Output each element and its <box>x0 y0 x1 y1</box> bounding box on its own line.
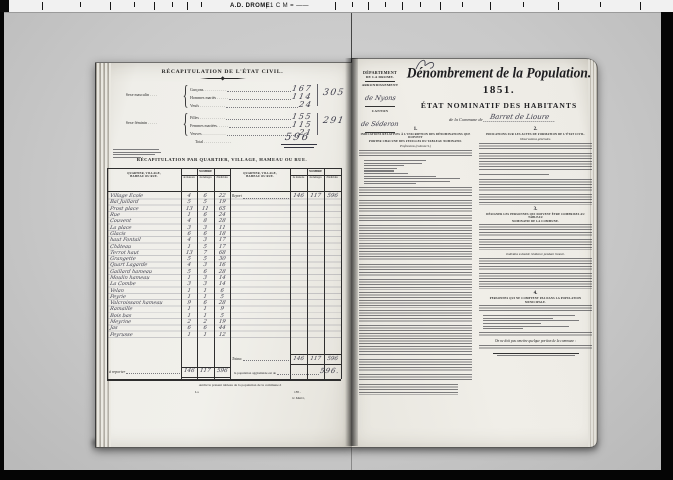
totaux-label: Totaux <box>232 357 242 361</box>
row-menages: 5 <box>197 244 214 250</box>
cert-year-blank: 185 . <box>294 390 301 394</box>
totaux-rule <box>290 364 341 365</box>
arrondissement-label: ARRONDISSEMENT <box>356 83 404 87</box>
table-row: Quart Lagarde4316 <box>107 262 230 268</box>
cert-la: La <box>195 390 199 394</box>
row-individus: 6 <box>213 288 230 294</box>
margin-rule <box>365 106 395 107</box>
ruler-tick <box>187 2 188 10</box>
row-name: Peyrie <box>106 294 181 300</box>
row-menages: 1 <box>197 332 214 338</box>
dotted-leader <box>226 102 298 108</box>
film-edge-left <box>0 12 4 480</box>
reporter-row: à reporter 146 117 596 <box>109 368 230 375</box>
paragraph <box>479 194 592 204</box>
section-4-number: 4. <box>479 291 592 296</box>
totaux-row: Totaux 146 117 596 <box>232 356 341 363</box>
total-underline <box>281 144 317 145</box>
header-rule <box>107 191 341 192</box>
paragraph <box>479 332 592 337</box>
row-individus: 5 <box>213 313 230 319</box>
dotted-leader <box>227 86 291 92</box>
recap-etat-civil-title: RÉCAPITULATION DE L'ÉTAT CIVIL. <box>115 69 330 75</box>
left-page: RÉCAPITULATION DE L'ÉTAT CIVIL. Sexe mas… <box>95 62 352 448</box>
census-title: Dénombrement de la Population. <box>404 64 594 81</box>
maisons-header: de maisons <box>290 177 307 180</box>
canton-label: CANTON <box>356 109 404 113</box>
report-individus: 596 <box>323 193 341 199</box>
ruler-tick <box>523 2 524 7</box>
film-edge-bottom <box>0 470 673 480</box>
table-row: La Combe3314 <box>107 281 230 287</box>
section-1-italic: Professions (colonne 9.) <box>359 144 472 148</box>
film-edge-right <box>661 12 673 470</box>
row-maisons: 4 <box>180 237 197 243</box>
menages-header: de ménages <box>307 177 324 180</box>
paragraph <box>359 325 472 343</box>
paragraph <box>359 310 472 323</box>
reporter-menages: 117 <box>197 368 214 374</box>
film-notch <box>0 0 9 12</box>
table-row: Couvent4828 <box>107 218 230 224</box>
paragraph <box>479 143 592 151</box>
section-4-header: PERSONNES QUI NE COMPTENT PAS DANS LA PO… <box>479 297 592 304</box>
census-year: 1851. <box>404 84 594 96</box>
book-gutter <box>345 58 358 446</box>
row-maisons: 4 <box>180 262 197 268</box>
totaux-maisons: 146 <box>289 356 307 362</box>
dotted-leader <box>243 356 289 361</box>
paragraph <box>359 374 472 382</box>
dotted-leader <box>229 122 291 128</box>
ruler-tick <box>134 2 135 7</box>
totaux-individus: 596 <box>323 356 341 362</box>
row-menages: 11 <box>197 206 214 212</box>
total-value: 596 <box>284 132 311 143</box>
row-name: Quart Lagarde <box>106 262 181 268</box>
row-name: Terrot haut <box>106 250 181 256</box>
etat-nominatif-subtitle: ÉTAT NOMINATIF DES HABITANTS <box>404 101 594 110</box>
right-page: DÉPARTEMENT DE LA DROME. ARRONDISSEMENT … <box>352 58 598 448</box>
table-row: Jas6644 <box>107 325 230 331</box>
section-3-number: 3. <box>479 207 592 212</box>
row-individus: 9 <box>213 306 230 312</box>
row-label: Hommes mariés . . . . . . <box>190 95 228 100</box>
ruler-tick <box>335 2 336 10</box>
ruler-tick <box>462 2 463 7</box>
row-label: Garçons. . . . . . . . . . . . <box>190 87 226 92</box>
dotted-leader <box>226 114 291 120</box>
paragraph <box>479 239 592 249</box>
ruler-tick <box>352 2 353 7</box>
row-maisons: 5 <box>180 199 197 205</box>
paragraph <box>359 243 472 261</box>
row-name: Gaillard hameau <box>106 269 181 275</box>
row-name: Bois bas <box>106 313 181 319</box>
row-maisons: 13 <box>180 250 197 256</box>
row-name: Bal Juillard <box>106 199 181 205</box>
instructions-column-1: 1. INDICATIONS RELATIVES À L'INSCRIPTION… <box>359 125 472 441</box>
table-row: Velan116 <box>107 287 230 293</box>
ruler-tick <box>201 2 202 7</box>
male-group-label: Sexe masculin . . . . <box>117 92 157 97</box>
agg-label: la population agglomérée est de <box>234 371 276 375</box>
row-individus: 44 <box>213 325 230 331</box>
nombre-header: NOMBRE <box>181 169 230 173</box>
ruler-tick <box>42 2 43 10</box>
row-menages: 1 <box>197 306 214 312</box>
row-individus: 12 <box>213 332 230 338</box>
report-label: Report <box>232 194 242 198</box>
ruler-tick <box>385 2 386 7</box>
microfilm-scan: { "film_strip": { "archive_label": "A.D.… <box>0 0 673 480</box>
header-line: NOMINATIF DE LA COMMUNE. <box>512 220 559 223</box>
dotted-leader <box>277 369 319 375</box>
quartier-rows: Village Ecole4622Bal Juillard5519Prost p… <box>107 193 230 338</box>
row-menages: 3 <box>197 237 214 243</box>
row-name: haut Fontail <box>106 237 181 243</box>
row-label: Veufs . . . . . . . . . . . . . <box>190 103 225 108</box>
row-menages: 7 <box>197 250 214 256</box>
ruler-tick <box>558 2 559 10</box>
ruler-tick <box>402 2 403 10</box>
total-underline <box>284 147 314 148</box>
section-3-header: DÉSIGNER LES PERSONNES QUI DOIVENT ÊTRE … <box>479 213 592 223</box>
paragraph <box>479 224 592 237</box>
row-individus: 16 <box>213 262 230 268</box>
reporter-maisons: 146 <box>181 368 198 374</box>
instructions-column-2: 2. INDICATIONS SUR LES ACTES DE FORMATIO… <box>479 125 592 417</box>
recap-quartier-title: RÉCAPITULATION PAR QUARTIER, VILLAGE, HA… <box>103 157 341 162</box>
etat-civil-row: Veufs . . . . . . . . . . . . .24 <box>190 100 312 108</box>
section-2-italic: Observations générales. <box>479 137 592 141</box>
paragraph <box>359 359 472 372</box>
dotted-leader <box>243 194 289 199</box>
row-name: Jas <box>106 325 181 331</box>
row-menages: 1 <box>197 313 214 319</box>
commune-value: Barret de Lioure <box>483 113 556 122</box>
brace-line <box>317 113 318 135</box>
margin-rule <box>365 81 395 82</box>
brace-icon: { <box>183 82 189 109</box>
paragraph <box>359 292 472 308</box>
row-menages: 3 <box>197 262 214 268</box>
brace-icon: { <box>183 110 189 137</box>
population-agglomeree-line: la population agglomérée est de 596. <box>234 368 340 375</box>
row-name: Château <box>106 244 181 250</box>
paragraph <box>479 153 592 158</box>
row-menages: 6 <box>197 269 214 275</box>
archive-label: A.D. DROME <box>230 3 270 9</box>
brace-line <box>317 84 318 106</box>
row-menages: 6 <box>197 325 214 331</box>
list-block <box>483 315 592 329</box>
ruler-tick <box>490 2 491 10</box>
male-subtotal: 305 <box>322 88 345 98</box>
paragraph <box>359 384 458 394</box>
row-label: Femmes mariées. . . . . . <box>190 123 228 128</box>
ruler-tick <box>600 2 601 7</box>
row-maisons: 3 <box>180 225 197 231</box>
table-row: Bal Juillard5519 <box>107 199 230 205</box>
row-maisons: 13 <box>180 206 197 212</box>
row-menages: 5 <box>197 199 214 205</box>
commune-label: de la Commune de <box>449 117 483 122</box>
ruler-tick <box>110 2 111 10</box>
name-column-header: QUARTIER, VILLAGE,HAMEAU OU RUE. <box>231 172 289 179</box>
row-name: La place <box>106 225 181 231</box>
paragraph <box>359 264 472 277</box>
arrondissement-value: de Nyons <box>364 94 396 102</box>
ruler-tick <box>420 2 421 7</box>
row-maisons: 1 <box>180 288 197 294</box>
row-individus: 19 <box>213 199 230 205</box>
ruler-tick <box>154 2 155 10</box>
table-row: Peyrusse1112 <box>107 332 230 338</box>
scale-label: | 1 C M = —— <box>266 3 309 9</box>
row-name: Velan <box>106 288 181 294</box>
report-maisons: 146 <box>289 193 307 199</box>
header-line: PORTER CHACUNE DES FEUILLES DU TABLEAU N… <box>369 140 462 143</box>
frame-seam-top <box>351 13 352 62</box>
etat-civil-row: Filles . . . . . . . . . . . . .155 <box>190 112 312 120</box>
row-maisons: 1 <box>180 244 197 250</box>
table-row: Bois bas115 <box>107 313 230 319</box>
paragraph <box>359 187 472 197</box>
table-border-bottom <box>107 379 341 381</box>
row-individus: 17 <box>213 244 230 250</box>
row-label: Filles . . . . . . . . . . . . . <box>190 115 225 120</box>
row-individus: 65 <box>213 206 230 212</box>
row-individus: 5 <box>213 294 230 300</box>
row-maisons: 1 <box>180 332 197 338</box>
row-individus: 17 <box>213 237 230 243</box>
agg-value: 596. <box>320 367 341 375</box>
title-rule <box>200 78 246 79</box>
row-name: La Combe <box>106 281 181 287</box>
list-block <box>364 160 472 184</box>
dotted-leader <box>126 369 180 374</box>
paragraph <box>359 200 472 213</box>
paragraph <box>479 161 592 171</box>
total-label: Total . . . . . . . . . . . . . . <box>195 139 231 144</box>
paragraph <box>479 179 592 192</box>
etat-civil-row: Hommes mariés . . . . . .114 <box>190 92 312 100</box>
paragraph <box>359 346 472 356</box>
row-menages: 1 <box>197 294 214 300</box>
etat-civil-row: Garçons. . . . . . . . . . . .167 <box>190 84 312 92</box>
report-row: Report 146 117 596 <box>232 193 341 200</box>
etat-civil-row: Femmes mariées. . . . . .115 <box>190 120 312 128</box>
paragraph <box>479 273 592 289</box>
female-group-label: Sexe féminin . . . . . <box>117 120 157 125</box>
row-maisons: 1 <box>180 306 197 312</box>
total-row: Total . . . . . . . . . . . . . . <box>195 136 283 144</box>
table-row: Château1517 <box>107 243 230 249</box>
menages-header: de ménages <box>198 177 214 180</box>
paragraph <box>479 174 549 177</box>
row-name: Couvent <box>106 218 181 224</box>
paragraph <box>359 279 472 289</box>
row-maisons: 1 <box>180 313 197 319</box>
table-row: Ramaille119 <box>107 306 230 312</box>
row-maisons: 1 <box>180 294 197 300</box>
row-maisons: 4 <box>180 218 197 224</box>
ruler-tick <box>80 2 81 7</box>
name-column-header: QUARTIER, VILLAGE,HAMEAU OU RUE. <box>108 172 180 179</box>
table-row: Prost place131165 <box>107 206 230 212</box>
row-individus: 14 <box>213 281 230 287</box>
reporter-individus: 596 <box>213 368 230 374</box>
row-menages: 1 <box>197 288 214 294</box>
row-value: 24 <box>298 102 312 108</box>
cert-maire: le Maire, <box>165 394 315 401</box>
header-line: HAMEAU OU RUE. <box>246 175 274 178</box>
maisons-header: de maisons <box>181 177 197 180</box>
row-menages: 8 <box>197 218 214 224</box>
individus-header: d'individus <box>324 177 340 180</box>
commune-line: de la Commune de Barret de Lioure <box>422 113 582 122</box>
paragraph <box>359 225 472 241</box>
row-individus: 28 <box>213 269 230 275</box>
individus-header: d'individus <box>214 177 230 180</box>
header-line: HAMEAU OU RUE. <box>130 175 158 178</box>
section-3-italic: Individus à double résidence pendant l'a… <box>479 252 592 256</box>
nombre-header: NOMBRE <box>290 169 341 173</box>
imprint-rule <box>493 353 579 354</box>
section-4-italic: On ne doit pas omettre quelque portion d… <box>479 339 592 343</box>
row-individus: 11 <box>213 225 230 231</box>
row-individus: 68 <box>213 250 230 256</box>
row-name: Peyrusse <box>106 332 181 338</box>
section-2-header: INDICATIONS SUR LES ACTES DE FORMATION D… <box>479 133 592 136</box>
imprint-line <box>497 355 575 356</box>
totaux-menages: 117 <box>306 356 324 362</box>
departement-value: DE LA DROME. <box>356 75 404 79</box>
certification-block: Arrêté le présent tableau de la populati… <box>165 383 315 400</box>
female-subtotal: 291 <box>322 116 345 126</box>
ruler-tick <box>368 2 369 10</box>
etat-civil-rows: Garçons. . . . . . . . . . . .167 Hommes… <box>190 84 312 136</box>
row-name: Ramaille <box>106 306 181 312</box>
table-row: La place3311 <box>107 224 230 230</box>
dotted-leader <box>229 94 291 100</box>
section-1-number: 1. <box>359 127 472 132</box>
row-menages: 3 <box>197 225 214 231</box>
row-maisons: 5 <box>180 269 197 275</box>
row-individus: 28 <box>213 218 230 224</box>
header-line: INDICATIONS RELATIVES À L'INSCRIPTION DE… <box>361 133 471 139</box>
row-menages: 3 <box>197 281 214 287</box>
report-menages: 117 <box>306 193 324 199</box>
row-name: Prost place <box>106 206 181 212</box>
reporter-label: à reporter <box>109 369 125 374</box>
section-2-number: 2. <box>479 127 592 132</box>
paragraph <box>479 258 592 271</box>
ruler-tick <box>640 2 641 10</box>
section-1-header: INDICATIONS RELATIVES À L'INSCRIPTION DE… <box>359 133 472 143</box>
table-row: haut Fontail4317 <box>107 237 230 243</box>
ruler-tick <box>440 2 441 10</box>
row-maisons: 3 <box>180 281 197 287</box>
film-ruler: A.D. DROME | 1 C M = —— <box>0 0 673 13</box>
paragraph <box>359 215 472 223</box>
paragraph <box>479 345 592 350</box>
reporter-rule <box>181 377 230 378</box>
row-maisons: 6 <box>180 325 197 331</box>
paragraph <box>479 305 592 313</box>
table-row: Gaillard hameau5628 <box>107 269 230 275</box>
header-line: DÉSIGNER LES PERSONNES QUI DOIVENT ÊTRE … <box>486 213 584 219</box>
paragraph <box>359 150 472 158</box>
ruler-tick <box>172 2 173 7</box>
